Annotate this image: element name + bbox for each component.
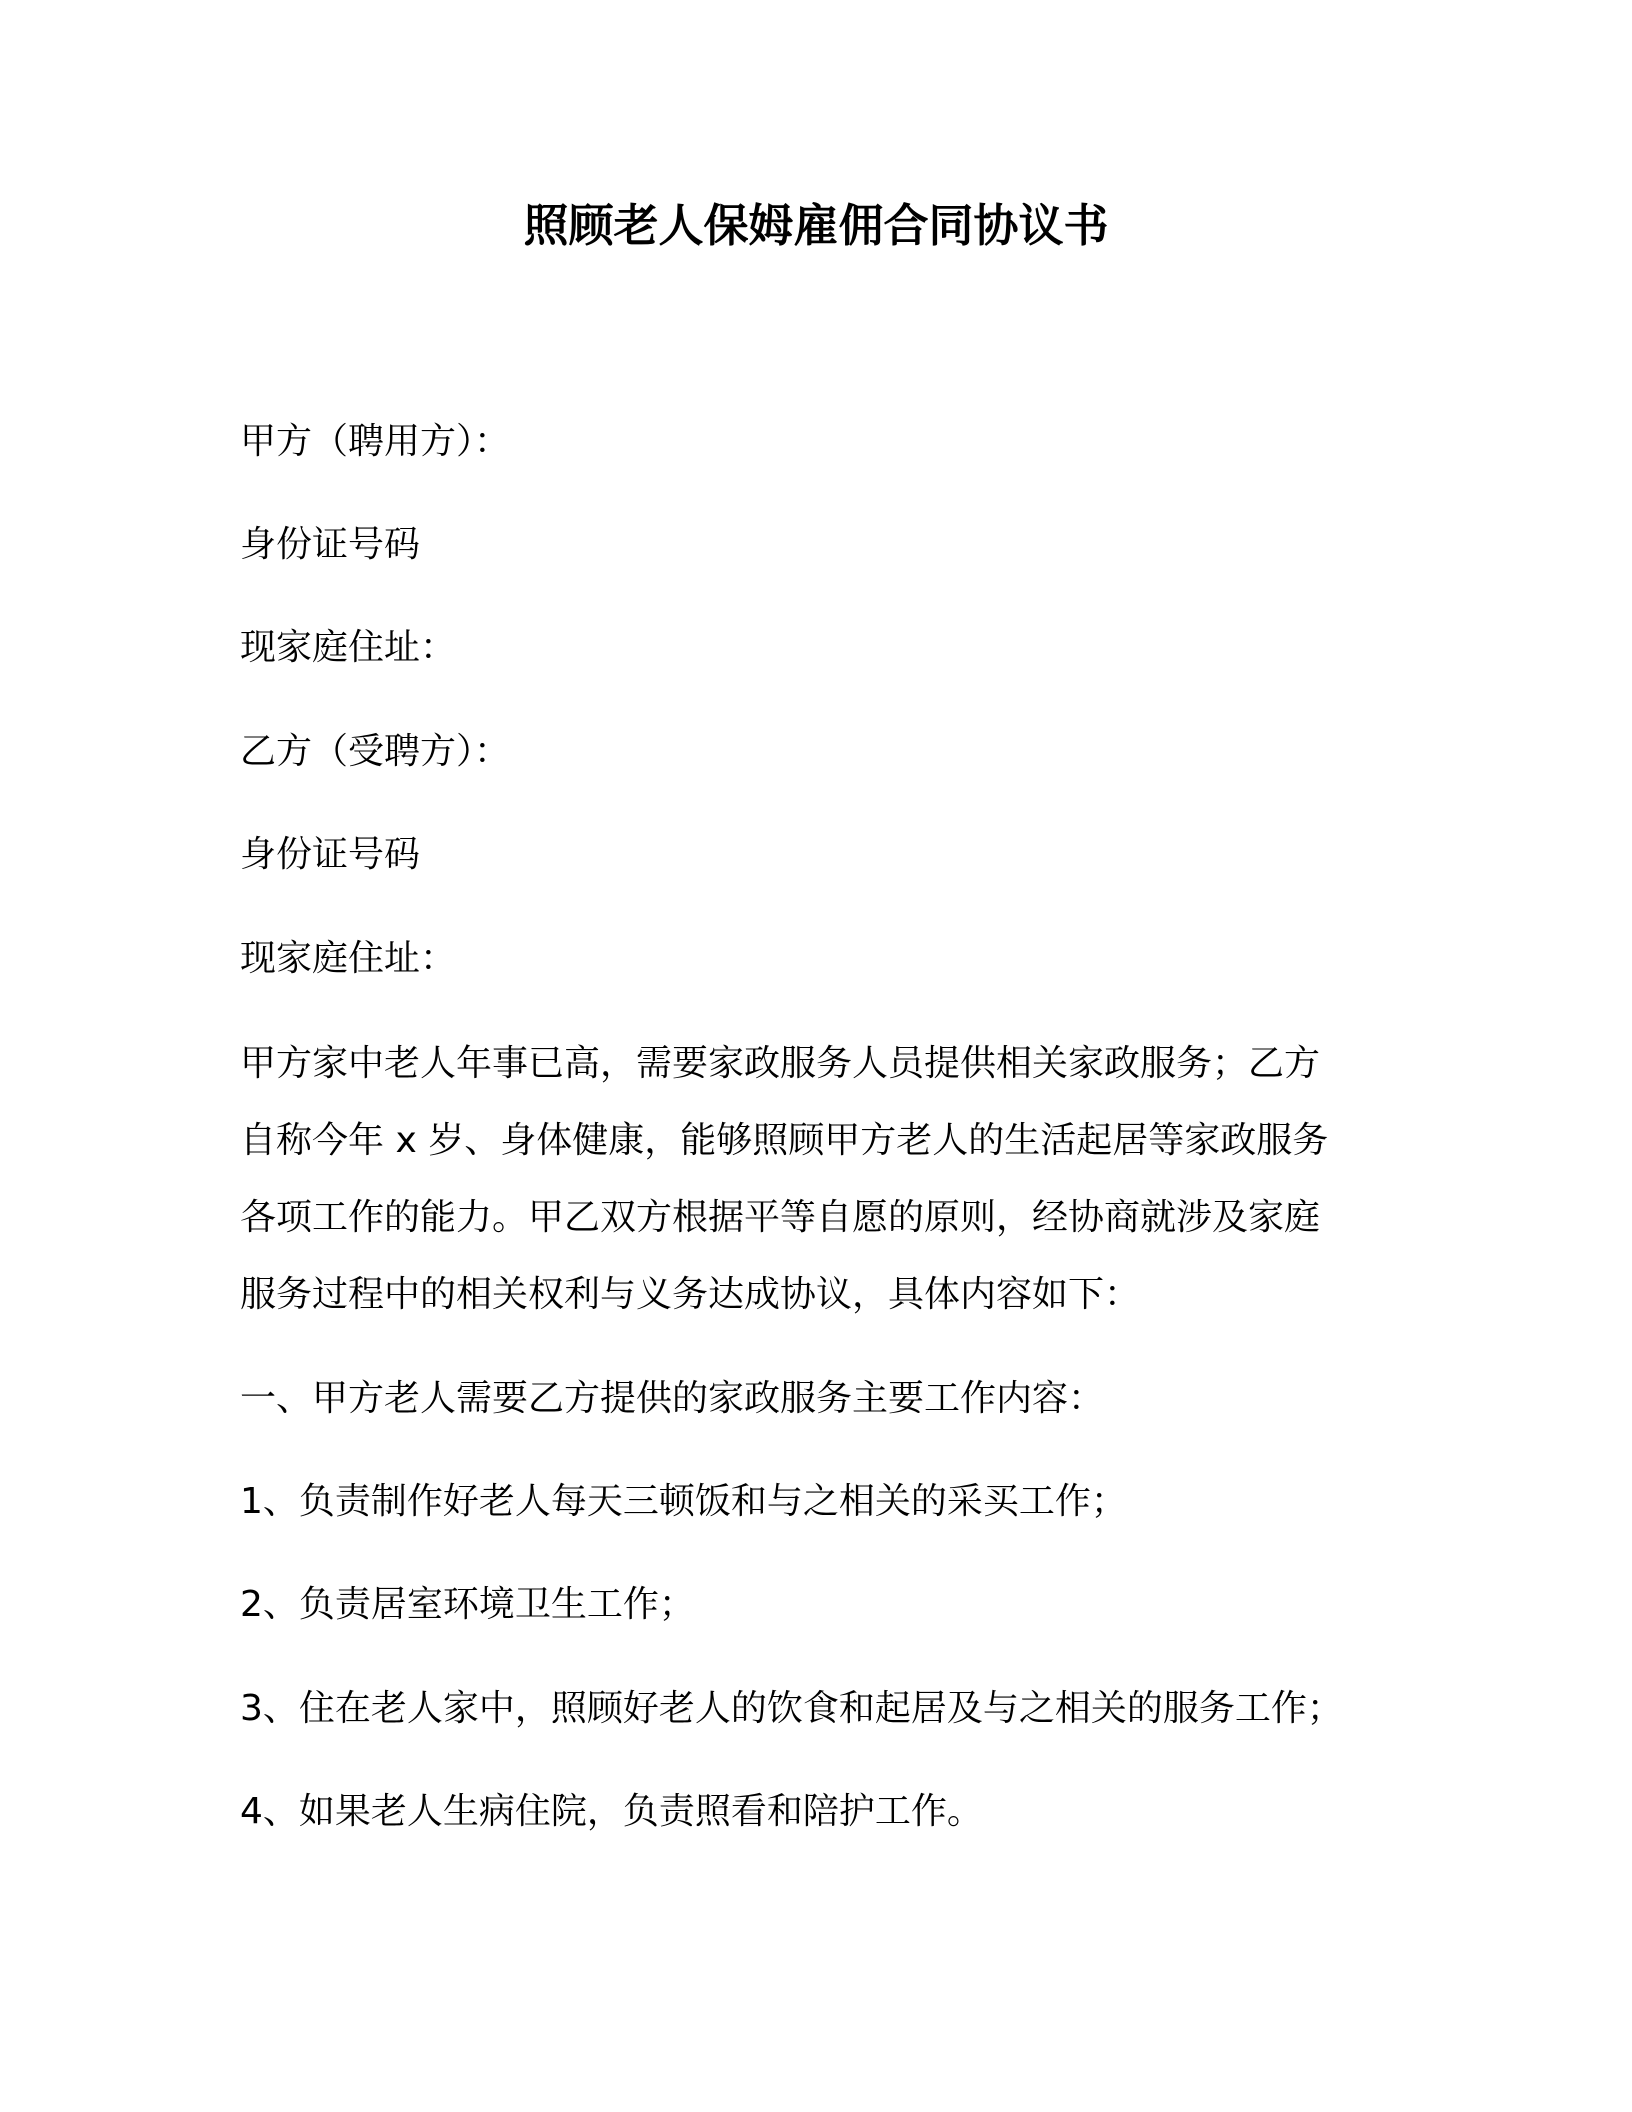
party-b-label: 乙方（受聘方）： <box>240 727 510 777</box>
intro-paragraph-line: 甲方家中老人年事已高，需要家政服务人员提供相关家政服务；乙方 <box>240 1025 1360 1102</box>
document-title: 照顾老人保姆雇佣合同协议书 <box>0 196 1632 256</box>
section-1-item: 3、住在老人家中，照顾好老人的饮食和起居及与之相关的服务工作； <box>240 1684 1343 1734</box>
party-a-id-label: 身份证号码 <box>240 520 420 570</box>
party-a-address-label: 现家庭住址： <box>240 623 456 673</box>
party-b-id-label: 身份证号码 <box>240 830 420 880</box>
intro-paragraph: 甲方家中老人年事已高，需要家政服务人员提供相关家政服务；乙方 自称今年 x 岁、… <box>240 1025 1360 1333</box>
document-page: 照顾老人保姆雇佣合同协议书 甲方（聘用方）： 身份证号码 现家庭住址： 乙方（受… <box>0 0 1632 2112</box>
intro-paragraph-line: 自称今年 x 岁、身体健康，能够照顾甲方老人的生活起居等家政服务 <box>240 1102 1360 1179</box>
intro-paragraph-line: 服务过程中的相关权利与义务达成协议，具体内容如下： <box>240 1256 1360 1333</box>
party-b-address-label: 现家庭住址： <box>240 934 456 984</box>
section-1-item: 2、负责居室环境卫生工作； <box>240 1580 695 1630</box>
party-a-label: 甲方（聘用方）： <box>240 417 510 467</box>
section-1-item: 1、负责制作好老人每天三顿饭和与之相关的采买工作； <box>240 1477 1127 1527</box>
intro-paragraph-line: 各项工作的能力。甲乙双方根据平等自愿的原则，经协商就涉及家庭 <box>240 1179 1360 1256</box>
section-1-heading: 一、甲方老人需要乙方提供的家政服务主要工作内容： <box>240 1374 1104 1424</box>
section-1-item: 4、如果老人生病住院，负责照看和陪护工作。 <box>240 1787 983 1837</box>
